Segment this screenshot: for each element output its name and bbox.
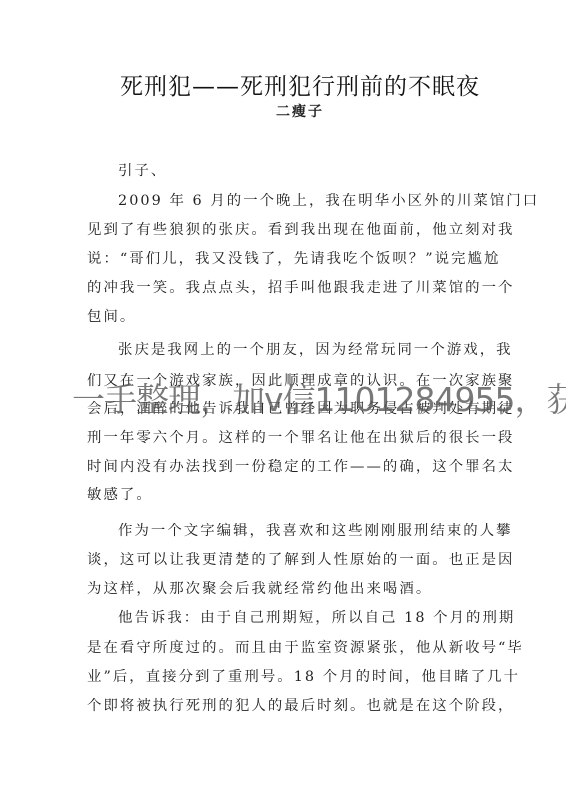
paragraph-line: 包间。 [87,306,482,328]
paragraph-line: 业”后，直接分到了重刑号。18 个月的时间，他目睹了几十 [87,666,482,688]
paragraph-line: 的冲我一笑。我点点头，招手叫他跟我走进了川菜馆的一个 [87,277,482,299]
paragraph-line: 张庆是我网上的一个朋友，因为经常玩同一个游戏，我 [118,339,482,361]
paragraph-line: 个即将被执行死刑的犯人的最后时刻。也就是在这个阶段， [87,695,482,717]
document-title: 死刑犯——死刑犯行刑前的不眠夜 [100,68,500,101]
paragraph-line: 会后，酒醉的他告诉我自己曾经因为职务侵占被判处有期徒 [87,398,482,420]
paragraph-line: 见到了有些狼狈的张庆。看到我出现在他面前，他立刻对我 [87,219,482,241]
paragraph-line: 作为一个文字编辑，我喜欢和这些刚刚服刑结束的人攀 [118,520,482,542]
paragraph-line: 为这样，从那次聚会后我就经常约他出来喝酒。 [87,578,482,600]
paragraph-line: 是在看守所度过的。而且由于监室资源紧张，他从新收号“毕 [87,637,482,659]
paragraph-line: 敏感了。 [87,484,482,506]
paragraph-line: 时间内没有办法找到一份稳定的工作——的确，这个罪名太 [87,456,482,478]
document-author: 二瘦子 [200,101,400,121]
paragraph-line: 他告诉我：由于自己刑期短，所以自己 18 个月的刑期 [118,607,482,629]
paragraph-line: 刑一年零六个月。这样的一个罪名让他在出狱后的很长一段 [87,427,482,449]
paragraph-line: 谈，这可以让我更清楚的了解到人性原始的一面。也正是因 [87,549,482,571]
paragraph-line: 们又在一个游戏家族，因此顺理成章的认识。在一次家族聚 [87,370,482,392]
paragraph-line: 引子、 [118,160,482,182]
paragraph-line: 说：“哥们儿，我又没钱了，先请我吃个饭呗？”说完尴尬 [87,248,482,270]
document-page: 死刑犯——死刑犯行刑前的不眠夜 二瘦子 引子、 2009 年 6 月的一个晚上，… [0,0,566,800]
paragraph-line: 2009 年 6 月的一个晚上，我在明华小区外的川菜馆门口 [118,190,482,212]
